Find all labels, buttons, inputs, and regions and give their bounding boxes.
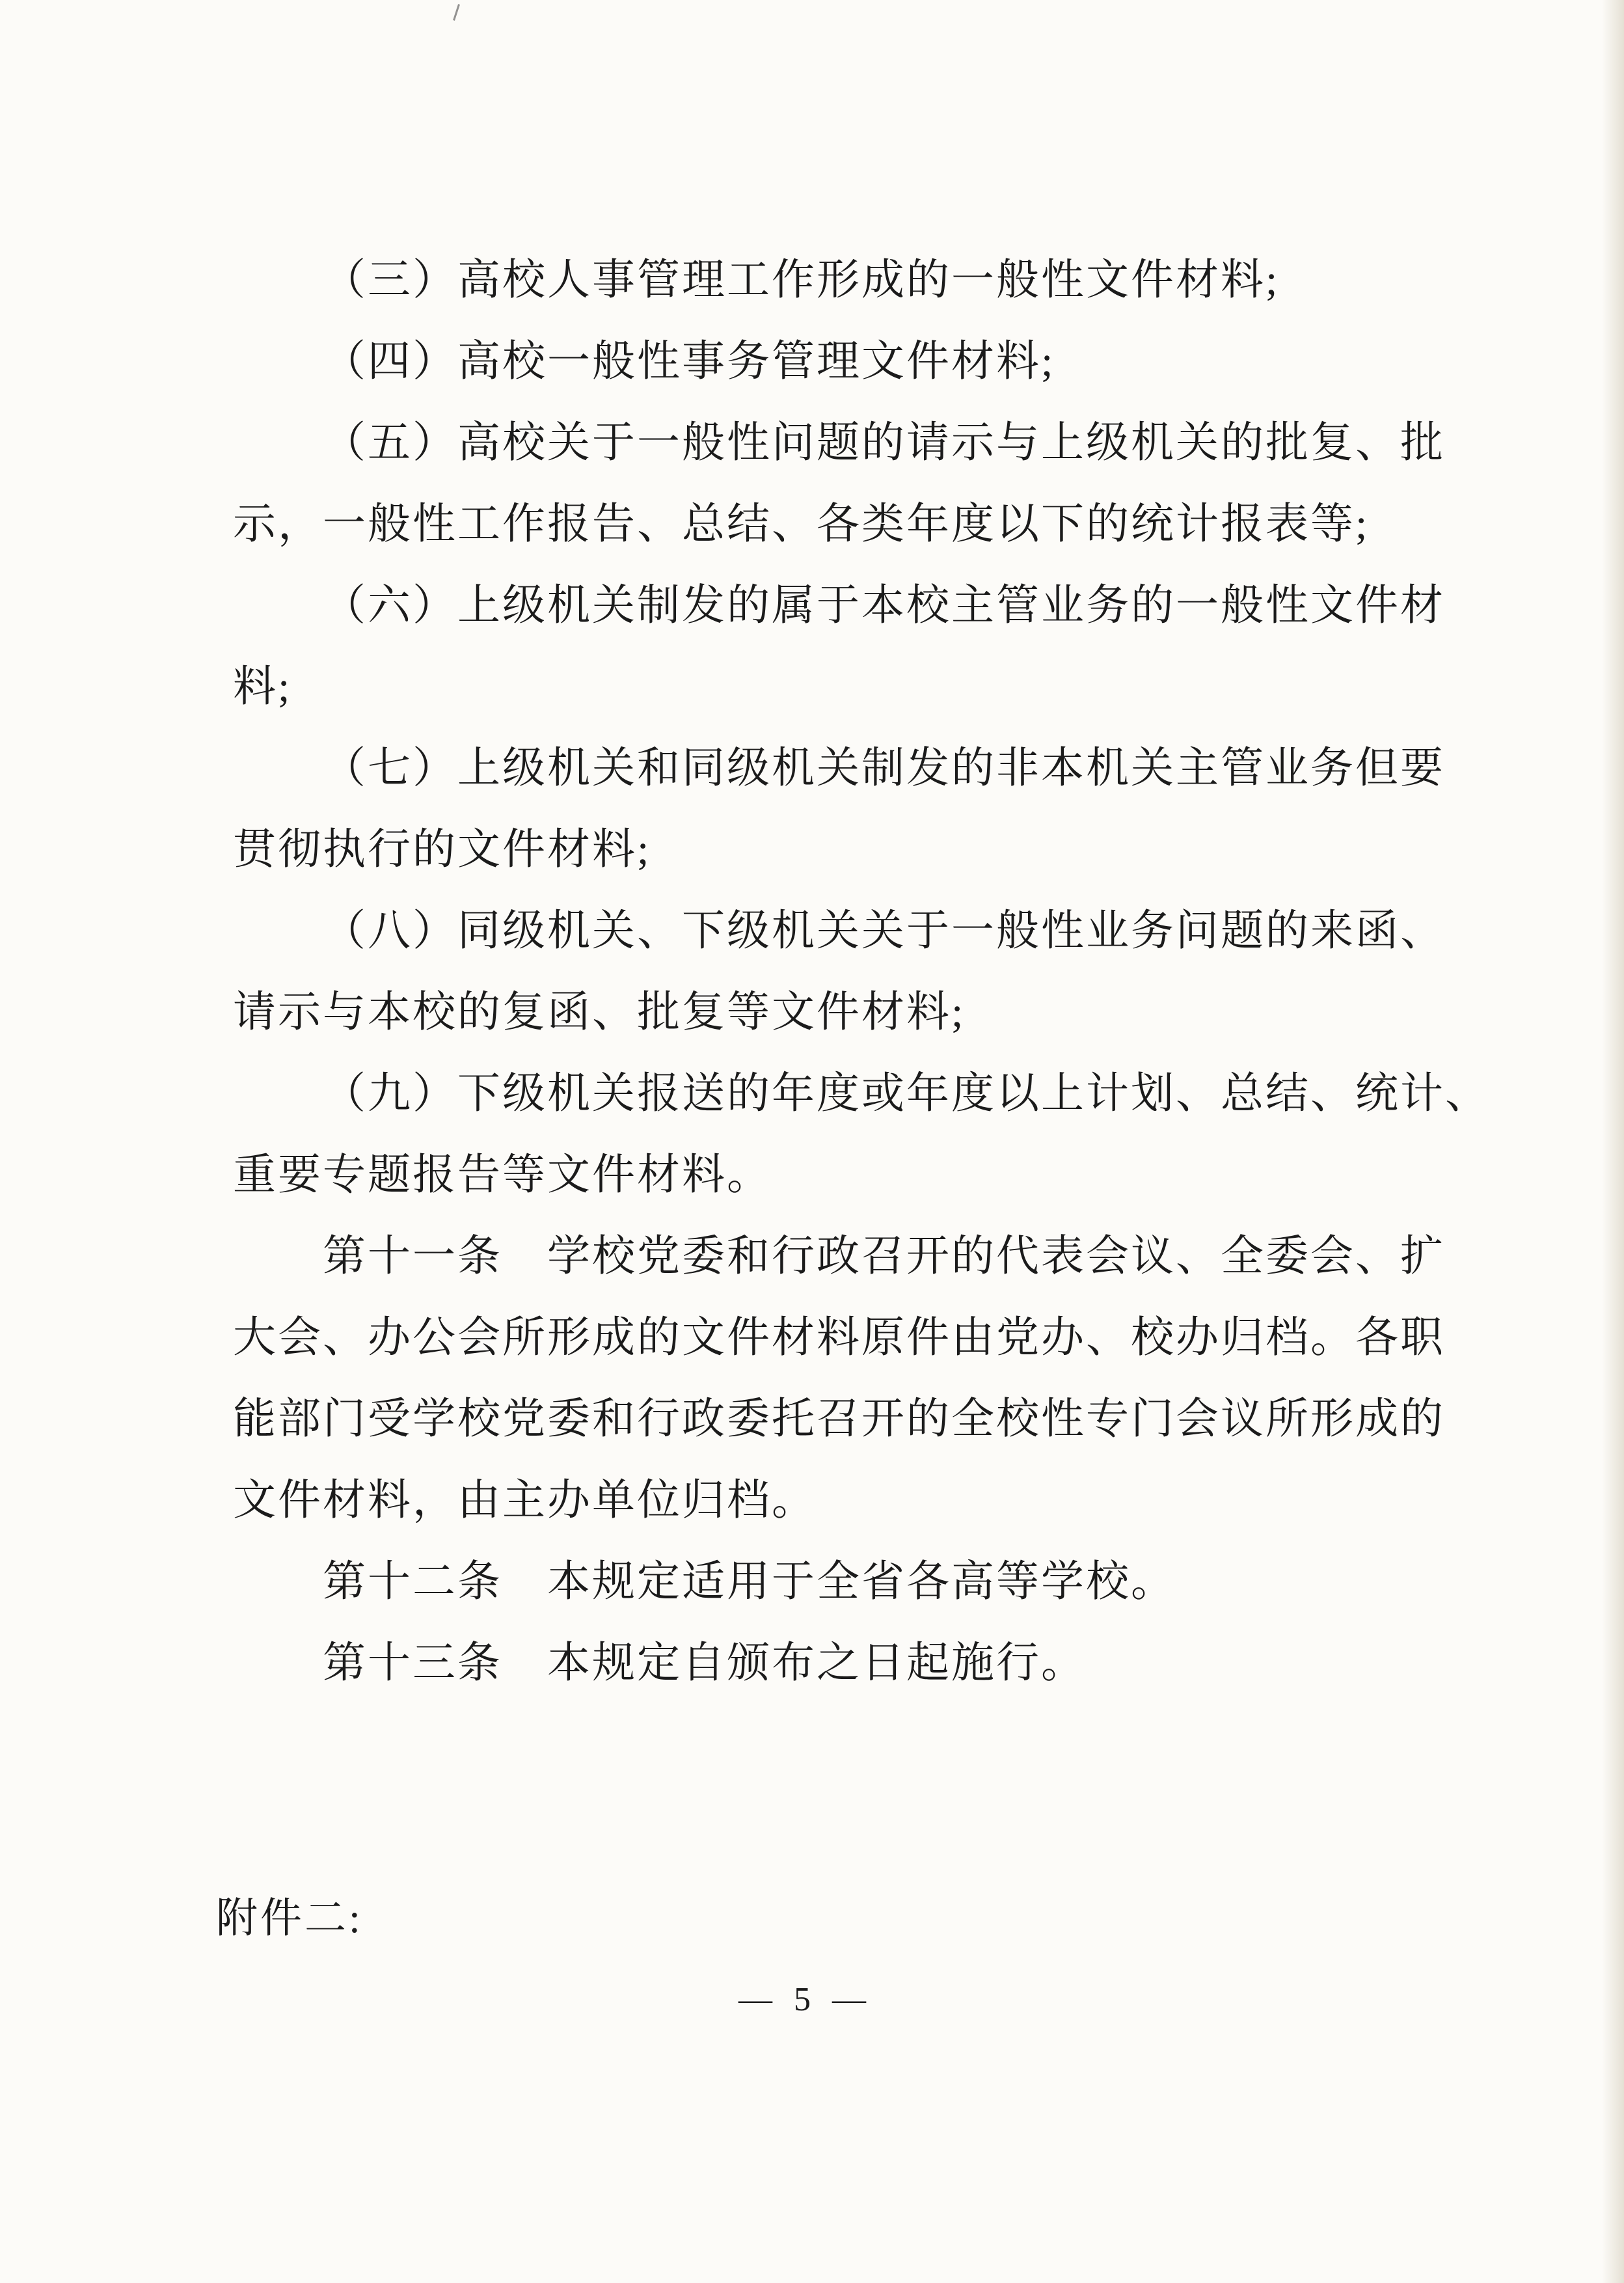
attachment-label: 附件二: (216, 1886, 363, 1951)
text-line: （三）高校人事管理工作形成的一般性文件材料; (233, 239, 1508, 321)
text-line: （七）上级机关和同级机关制发的非本机关主管业务但要 (233, 728, 1508, 809)
text-line: 料; (233, 646, 1508, 728)
text-line: 第十三条 本规定自颁布之日起施行。 (233, 1622, 1508, 1704)
document-body: （三）高校人事管理工作形成的一般性文件材料; （四）高校一般性事务管理文件材料;… (233, 239, 1508, 1704)
text-line: 文件材料，由主办单位归档。 (233, 1460, 1508, 1541)
text-line: （六）上级机关制发的属于本校主管业务的一般性文件材 (233, 565, 1508, 646)
text-line: 第十二条 本规定适用于全省各高等学校。 (233, 1541, 1508, 1622)
text-line: （八）同级机关、下级机关关于一般性业务问题的来函、 (233, 890, 1508, 972)
text-line: （四）高校一般性事务管理文件材料; (233, 321, 1508, 402)
scanned-document-page: （三）高校人事管理工作形成的一般性文件材料; （四）高校一般性事务管理文件材料;… (0, 0, 1624, 2283)
text-line: 大会、办公会所形成的文件材料原件由党办、校办归档。各职 (233, 1297, 1508, 1378)
text-line: 示，一般性工作报告、总结、各类年度以下的统计报表等; (233, 484, 1508, 565)
text-line: 第十一条 学校党委和行政召开的代表会议、全委会、扩 (233, 1216, 1508, 1297)
text-line: （九）下级机关报送的年度或年度以上计划、总结、统计、 (233, 1053, 1508, 1134)
text-line: 贯彻执行的文件材料; (233, 809, 1508, 890)
page-number: — 5 — (0, 1977, 1611, 2023)
text-line: （五）高校关于一般性问题的请示与上级机关的批复、批 (233, 402, 1508, 484)
text-line: 重要专题报告等文件材料。 (233, 1134, 1508, 1216)
text-line: 能部门受学校党委和行政委托召开的全校性专门会议所形成的 (233, 1378, 1508, 1460)
text-line: 请示与本校的复函、批复等文件材料; (233, 972, 1508, 1053)
